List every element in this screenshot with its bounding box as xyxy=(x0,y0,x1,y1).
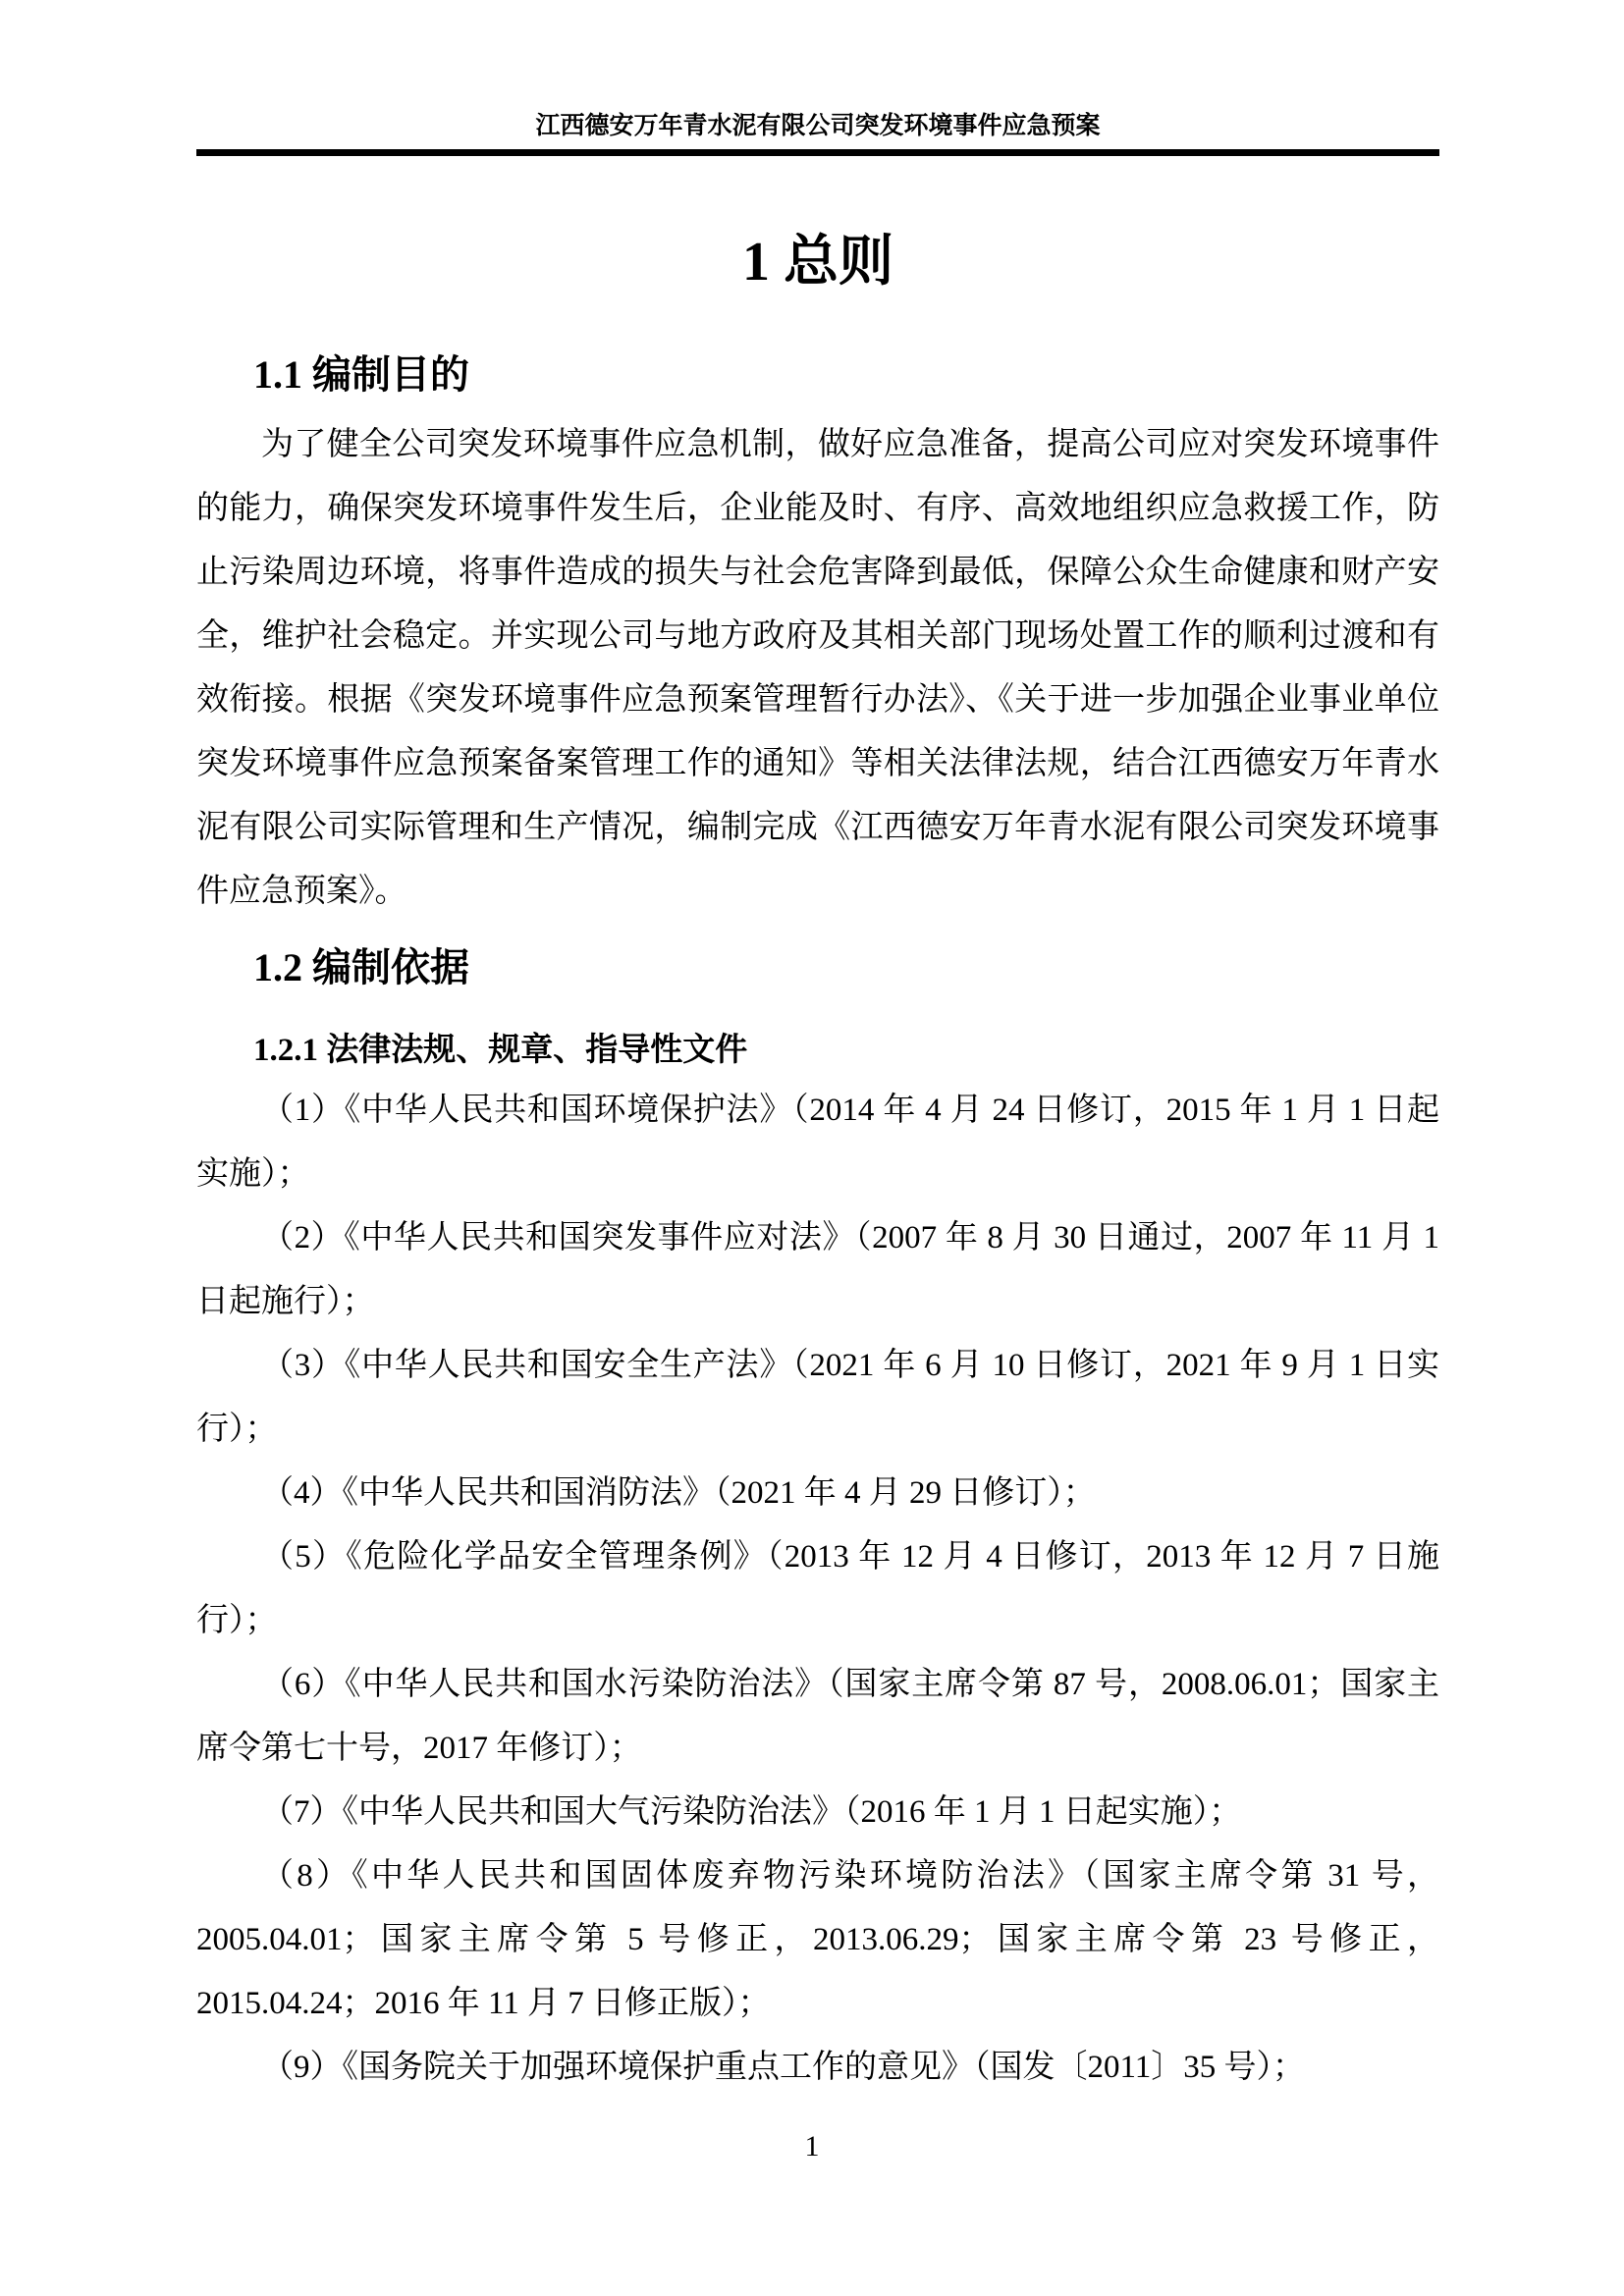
law-list-item-3: （3）《中华人民共和国安全生产法》（2021 年 6 月 10 日修订，2021… xyxy=(196,1334,1439,1462)
law-list-item-4: （4）《中华人民共和国消防法》（2021 年 4 月 29 日修订）； xyxy=(196,1462,1439,1525)
page-header: 江西德安万年青水泥有限公司突发环境事件应急预案 xyxy=(196,0,1439,156)
chapter-title: 1 总则 xyxy=(196,223,1439,301)
document-page: 江西德安万年青水泥有限公司突发环境事件应急预案 1 总则 1.1 编制目的 为了… xyxy=(0,0,1624,2296)
law-list-item-2: （2）《中华人民共和国突发事件应对法》（2007 年 8 月 30 日通过，20… xyxy=(196,1206,1439,1334)
section-heading-1-2: 1.2 编制依据 xyxy=(253,943,1439,992)
law-reference-list: （1）《中华人民共和国环境保护法》（2014 年 4 月 24 日修订，2015… xyxy=(196,1079,1439,2100)
law-list-item-1: （1）《中华人民共和国环境保护法》（2014 年 4 月 24 日修订，2015… xyxy=(196,1079,1439,1206)
law-list-item-5: （5）《危险化学品安全管理条例》（2013 年 12 月 4 日修订，2013 … xyxy=(196,1525,1439,1653)
subsection-heading-1-2-1: 1.2.1 法律法规、规章、指导性文件 xyxy=(253,1030,1439,1071)
document-body: 1 总则 1.1 编制目的 为了健全公司突发环境事件应急机制，做好应急准备，提高… xyxy=(196,160,1439,2100)
law-list-item-9: （9）《国务院关于加强环境保护重点工作的意见》（国发〔2011〕35 号）； xyxy=(196,2036,1439,2100)
page-number: 1 xyxy=(0,2128,1624,2165)
law-list-item-8: （8）《中华人民共和国固体废弃物污染环境防治法》（国家主席令第 31 号，200… xyxy=(196,1844,1439,2036)
section-heading-1-1: 1.1 编制目的 xyxy=(253,350,1439,400)
law-list-item-6: （6）《中华人民共和国水污染防治法》（国家主席令第 87 号，2008.06.0… xyxy=(196,1653,1439,1781)
law-list-item-7: （7）《中华人民共和国大气污染防治法》（2016 年 1 月 1 日起实施）； xyxy=(196,1781,1439,1844)
running-header-title: 江西德安万年青水泥有限公司突发环境事件应急预案 xyxy=(196,112,1439,141)
section-1-1-paragraph: 为了健全公司突发环境事件应急机制，做好应急准备，提高公司应对突发环境事件的能力，… xyxy=(196,413,1439,924)
